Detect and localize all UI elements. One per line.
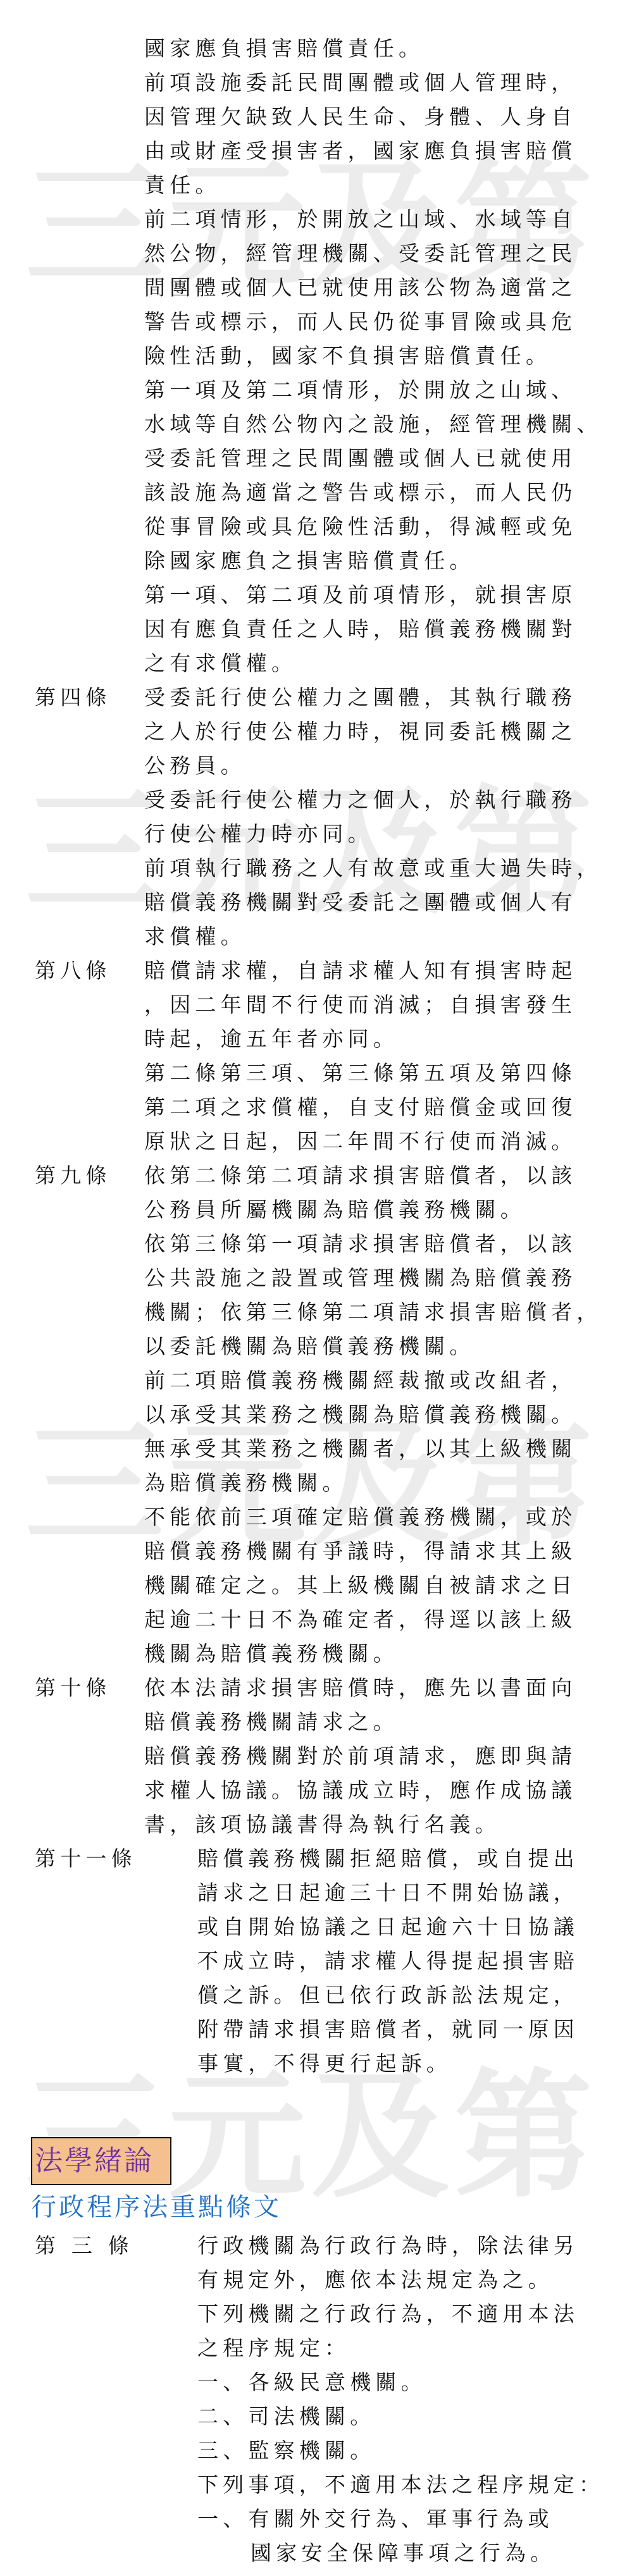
- article-text-line: 第二條第三項、第三條第五項及第四條: [144, 1056, 576, 1090]
- article-text-line: 賠償義務機關對於前項請求，應即與請: [144, 1739, 576, 1773]
- article-text-line: 國家安全保障事項之行為。: [251, 2536, 555, 2570]
- article-text-line: 求償權。: [144, 920, 246, 954]
- article-text-line: 起逾二十日不為確定者，得逕以該上級: [144, 1603, 576, 1637]
- article-text-line: 公務員所屬機關為賠償義務機關。: [144, 1193, 526, 1227]
- article-text-line: 二、司法機關。: [197, 2400, 375, 2434]
- article-label: 第八條: [35, 954, 111, 988]
- article-text-line: 前項設施委託民間團體或個人管理時，: [144, 66, 576, 100]
- article-label: 第九條: [35, 1159, 111, 1193]
- article-text-line: 償之訴。但已依行政訴訟法規定，: [197, 1978, 579, 2012]
- article-text-line: 三、監察機關。: [197, 2434, 375, 2468]
- article-text-line: 受委託行使公權力之團體，其執行職務: [144, 681, 576, 715]
- article-label: 第十一條: [35, 1842, 137, 1876]
- article-text-line: 之人於行使公權力時，視同委託機關之: [144, 715, 576, 749]
- article-text-line: ，因二年間不行使而消滅；自損害發生: [144, 988, 576, 1022]
- article-text-line: 因管理欠缺致人民生命、身體、人身自: [144, 100, 576, 134]
- article-text-line: 無承受其業務之機關者，以其上級機關: [144, 1432, 576, 1466]
- article-text-line: 依第三條第一項請求損害賠償者，以該: [144, 1227, 576, 1261]
- section-heading: 法學緒論: [31, 2137, 171, 2185]
- article-text-line: 原狀之日起，因二年間不行使而消滅。: [144, 1125, 576, 1159]
- article-text-line: 受委託管理之民間團體或個人已就使用: [144, 441, 576, 476]
- article-text-line: 機關為賠償義務機關。: [144, 1637, 399, 1671]
- article-text-line: 一、各級民意機關。: [197, 2365, 426, 2400]
- article-text-line: 行使公權力時亦同。: [144, 817, 373, 851]
- article-label: 第十條: [35, 1671, 111, 1705]
- article-text-line: 以承受其業務之機關為賠償義務機關。: [144, 1398, 576, 1432]
- article-text-line: 賠償請求權，自請求權人知有損害時起: [144, 954, 576, 988]
- article-text-line: 時起，逾五年者亦同。: [144, 1022, 399, 1056]
- article-text-line: 賠償義務機關對受委託之團體或個人有: [144, 885, 576, 920]
- article-label: 第 三 條: [35, 2229, 133, 2263]
- article-text-line: 賠償義務機關拒絕賠償，或自提出: [197, 1842, 579, 1876]
- article-text-line: 請求之日起逾三十日不開始協議，: [197, 1876, 579, 1910]
- article-text-line: 事實，不得更行起訴。: [197, 2047, 452, 2081]
- article-text-line: 因有應負責任之人時，賠償義務機關對: [144, 612, 576, 646]
- article-text-line: 求權人協議。協議成立時，應作成協議: [144, 1773, 576, 1808]
- article-text-line: 行政機關為行政行為時，除法律另: [197, 2229, 579, 2263]
- article-text-line: 前項執行職務之人有故意或重大過失時，: [144, 851, 602, 885]
- article-text-line: 附帶請求損害賠償者，就同一原因: [197, 2012, 579, 2047]
- article-text-line: 從事冒險或具危險性活動，得減輕或免: [144, 510, 576, 544]
- article-text-line: 水域等自然公物內之設施，經管理機關、: [144, 407, 602, 441]
- article-text-line: 或自開始協議之日起逾六十日協議: [197, 1910, 579, 1944]
- article-text-line: 第一項、第二項及前項情形，就損害原: [144, 578, 576, 612]
- article-text-line: 機關；依第三條第二項請求損害賠償者，: [144, 1295, 602, 1329]
- article-text-line: 有規定外，應依本法規定為之。: [197, 2263, 554, 2297]
- article-text-line: 國家應負損害賠償責任。: [144, 32, 424, 66]
- article-text-line: 第二項之求償權，自支付賠償金或回復: [144, 1090, 576, 1125]
- article-text-line: 下列事項，不適用本法之程序規定：: [197, 2468, 604, 2502]
- article-text-line: 為賠償義務機關。: [144, 1466, 348, 1500]
- article-text-line: 依本法請求損害賠償時，應先以書面向: [144, 1671, 576, 1705]
- article-text-line: 一、有關外交行為、軍事行為或: [197, 2502, 554, 2536]
- article-text-line: 然公物，經管理機關、受委託管理之民: [144, 237, 576, 271]
- article-text-line: 除國家應負之損害賠償責任。: [144, 544, 475, 578]
- article-text-line: 機關確定之。其上級機關自被請求之日: [144, 1568, 576, 1603]
- article-text-line: 不成立時，請求權人得提起損害賠: [197, 1944, 579, 1978]
- article-text-line: 受委託行使公權力之個人，於執行職務: [144, 783, 576, 817]
- article-text-line: 公共設施之設置或管理機關為賠償義務: [144, 1261, 576, 1295]
- article-text-line: 責任。: [144, 168, 221, 202]
- article-text-line: 以委託機關為賠償義務機關。: [144, 1329, 475, 1364]
- article-text-line: 該設施為適當之警告或標示，而人民仍: [144, 476, 576, 510]
- article-text-line: 險性活動，國家不負損害賠償責任。: [144, 339, 551, 373]
- article-text-line: 依第二條第二項請求損害賠償者，以該: [144, 1159, 576, 1193]
- article-text-line: 前二項賠償義務機關經裁撤或改組者，: [144, 1364, 576, 1398]
- article-text-line: 賠償義務機關請求之。: [144, 1705, 399, 1739]
- article-label: 第四條: [35, 681, 111, 715]
- section-subheading: 行政程序法重點條文: [31, 2188, 282, 2226]
- article-text-line: 公務員。: [144, 749, 246, 783]
- article-text-line: 間團體或個人已就使用該公物為適當之: [144, 271, 576, 305]
- article-text-line: 由或財產受損害者，國家應負損害賠償: [144, 134, 576, 168]
- article-text-line: 前二項情形，於開放之山域、水域等自: [144, 202, 576, 237]
- article-text-line: 不能依前三項確定賠償義務機關，或於: [144, 1500, 576, 1534]
- article-text-line: 之有求償權。: [144, 646, 297, 681]
- article-text-line: 書，該項協議書得為執行名義。: [144, 1808, 500, 1842]
- article-text-line: 賠償義務機關有爭議時，得請求其上級: [144, 1534, 576, 1568]
- article-text-line: 之程序規定：: [197, 2331, 350, 2365]
- article-text-line: 下列機關之行政行為，不適用本法: [197, 2297, 579, 2331]
- article-text-line: 警告或標示，而人民仍從事冒險或具危: [144, 305, 576, 339]
- article-text-line: 第一項及第二項情形，於開放之山域、: [144, 373, 576, 407]
